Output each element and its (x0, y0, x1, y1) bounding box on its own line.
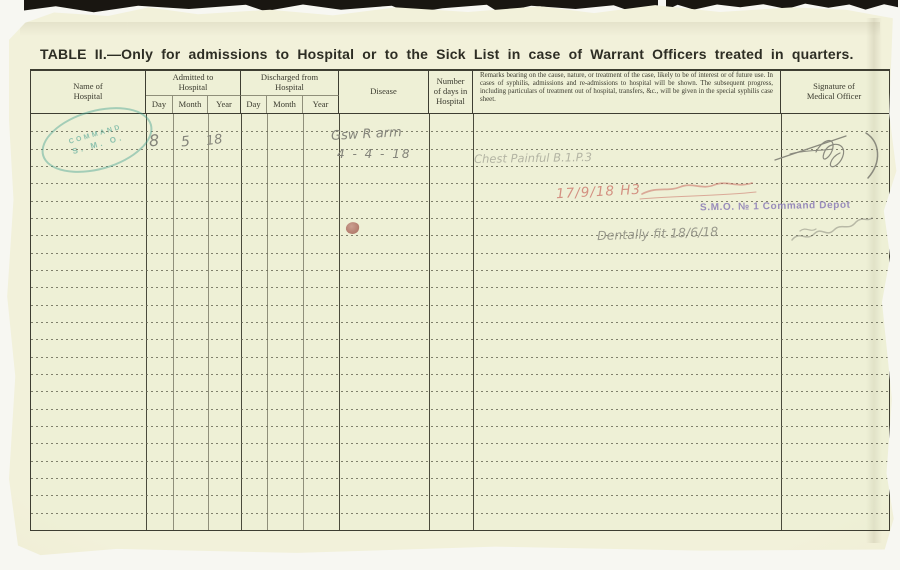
row-rule (31, 443, 889, 444)
row-rule (31, 166, 889, 167)
row-rule (31, 218, 889, 219)
table-title: TABLE II.—Only for admissions to Hospita… (40, 46, 868, 62)
subheader-admitted-day: Day (146, 96, 173, 113)
row-rule (31, 305, 889, 306)
row-rule (31, 322, 889, 323)
subheader-discharged-month: Month (267, 96, 303, 113)
col-header-disease: Disease (339, 71, 429, 113)
col-header-days-in-hospital: Number of days in Hospital (429, 71, 473, 113)
col-header-signature: Signature of Medical Officer (781, 71, 887, 113)
row-rule (31, 131, 889, 132)
subheader-discharged-year: Year (303, 96, 339, 113)
row-rule (31, 270, 889, 271)
subheader-admitted-month: Month (173, 96, 208, 113)
row-rule (31, 513, 889, 514)
row-rule (31, 287, 889, 288)
row-rule (31, 183, 889, 184)
row-rule (31, 409, 889, 410)
table-header: Name of Hospital Admitted to Hospital Di… (31, 71, 889, 114)
row-rule (31, 357, 889, 358)
row-rule (31, 478, 889, 479)
col-header-remarks: Remarks bearing on the cause, nature, or… (473, 71, 781, 113)
col-header-admitted-group: Admitted to Hospital (146, 71, 241, 96)
handwriting-disease-line2: 4 - 4 - 18 (337, 147, 411, 161)
subheader-admitted-year: Year (208, 96, 241, 113)
paper-crease-top (20, 22, 880, 36)
handwriting-admitted-month: 5 (180, 134, 191, 151)
paper-sheet: TABLE II.—Only for admissions to Hospita… (0, 0, 900, 570)
handwriting-remarks-pencil: Chest Painful B.1.P.3 (474, 150, 592, 166)
row-rule (31, 339, 889, 340)
row-rule (31, 426, 889, 427)
col-header-discharged-group: Discharged from Hospital (241, 71, 339, 96)
row-rule (31, 235, 889, 236)
row-rule (31, 461, 889, 462)
table-body (31, 114, 889, 530)
row-rule (31, 391, 889, 392)
subheader-discharged-day: Day (241, 96, 267, 113)
col-header-name-of-hospital: Name of Hospital (31, 71, 146, 113)
row-rule (31, 374, 889, 375)
row-rule (31, 495, 889, 496)
row-rule (31, 253, 889, 254)
handwriting-admitted-year: 18 (205, 132, 223, 149)
scanned-document: TABLE II.—Only for admissions to Hospita… (0, 0, 900, 570)
